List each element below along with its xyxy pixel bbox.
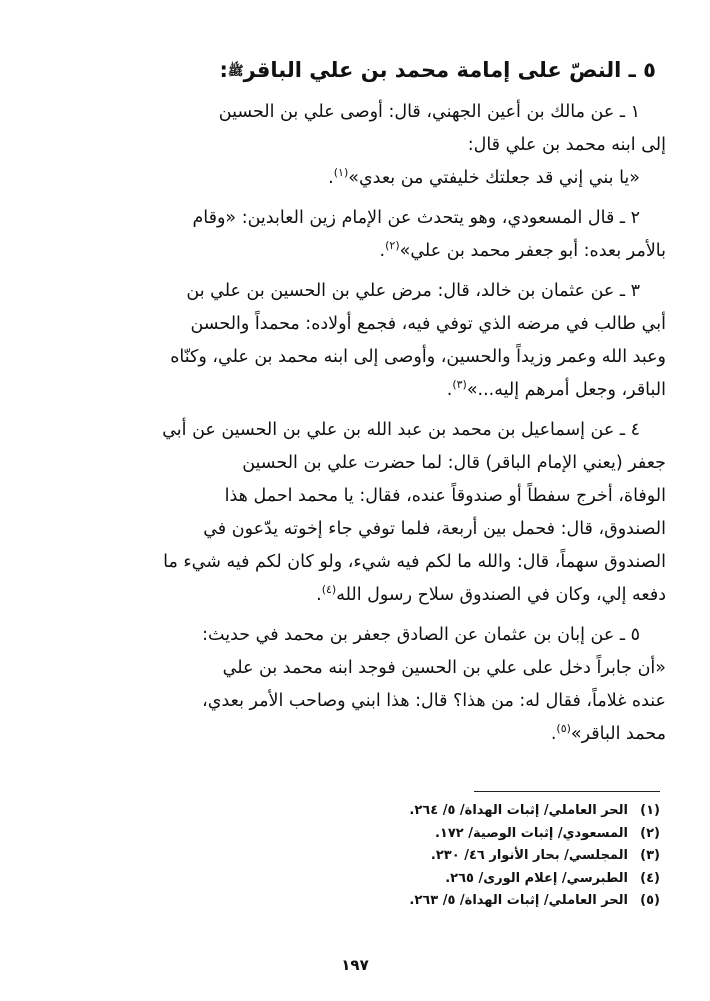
footnote-text: المسعودي/ إثبات الوصية/ ١٧٢. xyxy=(435,826,628,841)
narration-number: ٣ xyxy=(631,281,640,301)
narration-line: الصندوق، قال: فحمل بين أربعة، فلما توفي … xyxy=(50,513,666,546)
heading-number: ٥ xyxy=(643,58,656,82)
narration-5: ٥ ـ عن إبان بن عثمان عن الصادق جعفر بن م… xyxy=(50,619,666,751)
narration-number: ٥ xyxy=(631,625,640,645)
narration-text: بالأمر بعده: أبو جعفر محمد بن علي» xyxy=(400,241,666,261)
narration-text: دفعه إلي، وكان في الصندوق سلاح رسول الله xyxy=(336,585,666,605)
narration-text: الباقر، وجعل أمرهم إليه...» xyxy=(467,380,666,400)
heading-text: ـ النصّ على إمامة محمد بن علي الباقر xyxy=(244,58,636,82)
narration-line: ٢ ـ قال المسعودي، وهو يتحدث عن الإمام زي… xyxy=(50,202,666,235)
narration-line: ٥ ـ عن إبان بن عثمان عن الصادق جعفر بن م… xyxy=(50,619,666,652)
narration-line: محمد الباقر»(٥). xyxy=(50,718,666,751)
footnote-text: الطبرسي/ إعلام الورى/ ٢٦٥. xyxy=(445,871,628,886)
narration-line: الوفاة، أخرج سفطاً أو صندوقاً عنده، فقال… xyxy=(50,480,666,513)
honorific-symbol-icon: ﷺ xyxy=(228,64,244,79)
footnote-item: (٤)الطبرسي/ إعلام الورى/ ٢٦٥. xyxy=(260,868,660,891)
page-body: ٥ ـ النصّ على إمامة محمد بن علي الباقرﷺ:… xyxy=(50,52,666,758)
narration-number: ٢ xyxy=(631,208,640,228)
heading-suffix: : xyxy=(219,58,227,82)
narration-quote: «يا بني إني قد جعلتك خليفتي من بعدي»(١). xyxy=(50,162,666,195)
narration-text: محمد الباقر» xyxy=(571,724,666,744)
footnotes-list: (١)الحر العاملي/ إثبات الهداة/ ٥/ ٢٦٤. (… xyxy=(260,800,660,913)
footnote-item: (٢)المسعودي/ إثبات الوصية/ ١٧٢. xyxy=(260,823,660,846)
narration-line: ١ ـ عن مالك بن أعين الجهني، قال: أوصى عل… xyxy=(50,96,666,129)
narration-line: جعفر (يعني الإمام الباقر) قال: لما حضرت … xyxy=(50,447,666,480)
narration-line: ٣ ـ عن عثمان بن خالد، قال: مرض علي بن ال… xyxy=(50,275,666,308)
footnote-text: الحر العاملي/ إثبات الهداة/ ٥/ ٢٦٣. xyxy=(409,893,628,908)
footnote-number: (٤) xyxy=(628,868,660,891)
footnote-ref[interactable]: (٢) xyxy=(385,239,400,252)
narration-text: ـ عن إبان بن عثمان عن الصادق جعفر بن محم… xyxy=(202,625,625,645)
footnote-number: (٥) xyxy=(628,890,660,913)
narration-2: ٢ ـ قال المسعودي، وهو يتحدث عن الإمام زي… xyxy=(50,202,666,268)
footnote-ref[interactable]: (٤) xyxy=(322,583,337,596)
narration-line: أبي طالب في مرضه الذي توفي فيه، فجمع أول… xyxy=(50,308,666,341)
narration-text: ـ عن مالك بن أعين الجهني، قال: أوصى علي … xyxy=(219,102,625,122)
narration-1: ١ ـ عن مالك بن أعين الجهني، قال: أوصى عل… xyxy=(50,96,666,195)
footnote-number: (١) xyxy=(628,800,660,823)
footnote-number: (٣) xyxy=(628,845,660,868)
narration-line: بالأمر بعده: أبو جعفر محمد بن علي»(٢). xyxy=(50,235,666,268)
narration-3: ٣ ـ عن عثمان بن خالد، قال: مرض علي بن ال… xyxy=(50,275,666,407)
footnote-text: الحر العاملي/ إثبات الهداة/ ٥/ ٢٦٤. xyxy=(409,803,628,818)
narration-text: ـ عن عثمان بن خالد، قال: مرض علي بن الحس… xyxy=(186,281,625,301)
footnote-item: (٣)المجلسي/ بحار الأنوار ٤٦/ ٢٣٠. xyxy=(260,845,660,868)
page-number: ١٩٧ xyxy=(0,956,710,974)
narration-line: إلى ابنه محمد بن علي قال: xyxy=(50,129,666,162)
narration-text: ـ عن إسماعيل بن محمد بن عبد الله بن علي … xyxy=(162,420,625,440)
narration-line: ٤ ـ عن إسماعيل بن محمد بن عبد الله بن عل… xyxy=(50,414,666,447)
narration-line: الصندوق سهماً، قال: والله ما لكم فيه شيء… xyxy=(50,546,666,579)
narration-number: ٤ xyxy=(631,420,640,440)
narration-4: ٤ ـ عن إسماعيل بن محمد بن عبد الله بن عل… xyxy=(50,414,666,612)
footnote-divider xyxy=(474,791,660,792)
narration-line: «أن جابراً دخل على علي بن الحسين فوجد اب… xyxy=(50,652,666,685)
narration-line: دفعه إلي، وكان في الصندوق سلاح رسول الله… xyxy=(50,579,666,612)
footnote-ref[interactable]: (٥) xyxy=(556,722,571,735)
narration-text: ـ قال المسعودي، وهو يتحدث عن الإمام زين … xyxy=(192,208,625,228)
footnote-ref[interactable]: (٣) xyxy=(452,378,467,391)
footnote-number: (٢) xyxy=(628,823,660,846)
section-heading: ٥ ـ النصّ على إمامة محمد بن علي الباقرﷺ: xyxy=(50,52,656,90)
footnote-ref[interactable]: (١) xyxy=(334,166,349,179)
narration-line: وعبد الله وعمر وزيداً والحسين، وأوصى إلى… xyxy=(50,341,666,374)
footnote-item: (٥)الحر العاملي/ إثبات الهداة/ ٥/ ٢٦٣. xyxy=(260,890,660,913)
narration-number: ١ xyxy=(631,102,640,122)
narration-line: عنده غلاماً، فقال له: من هذا؟ قال: هذا ا… xyxy=(50,685,666,718)
footnote-item: (١)الحر العاملي/ إثبات الهداة/ ٥/ ٢٦٤. xyxy=(260,800,660,823)
narration-line: الباقر، وجعل أمرهم إليه...»(٣). xyxy=(50,374,666,407)
footnote-text: المجلسي/ بحار الأنوار ٤٦/ ٢٣٠. xyxy=(431,848,628,863)
quote-text: «يا بني إني قد جعلتك خليفتي من بعدي» xyxy=(348,168,640,188)
